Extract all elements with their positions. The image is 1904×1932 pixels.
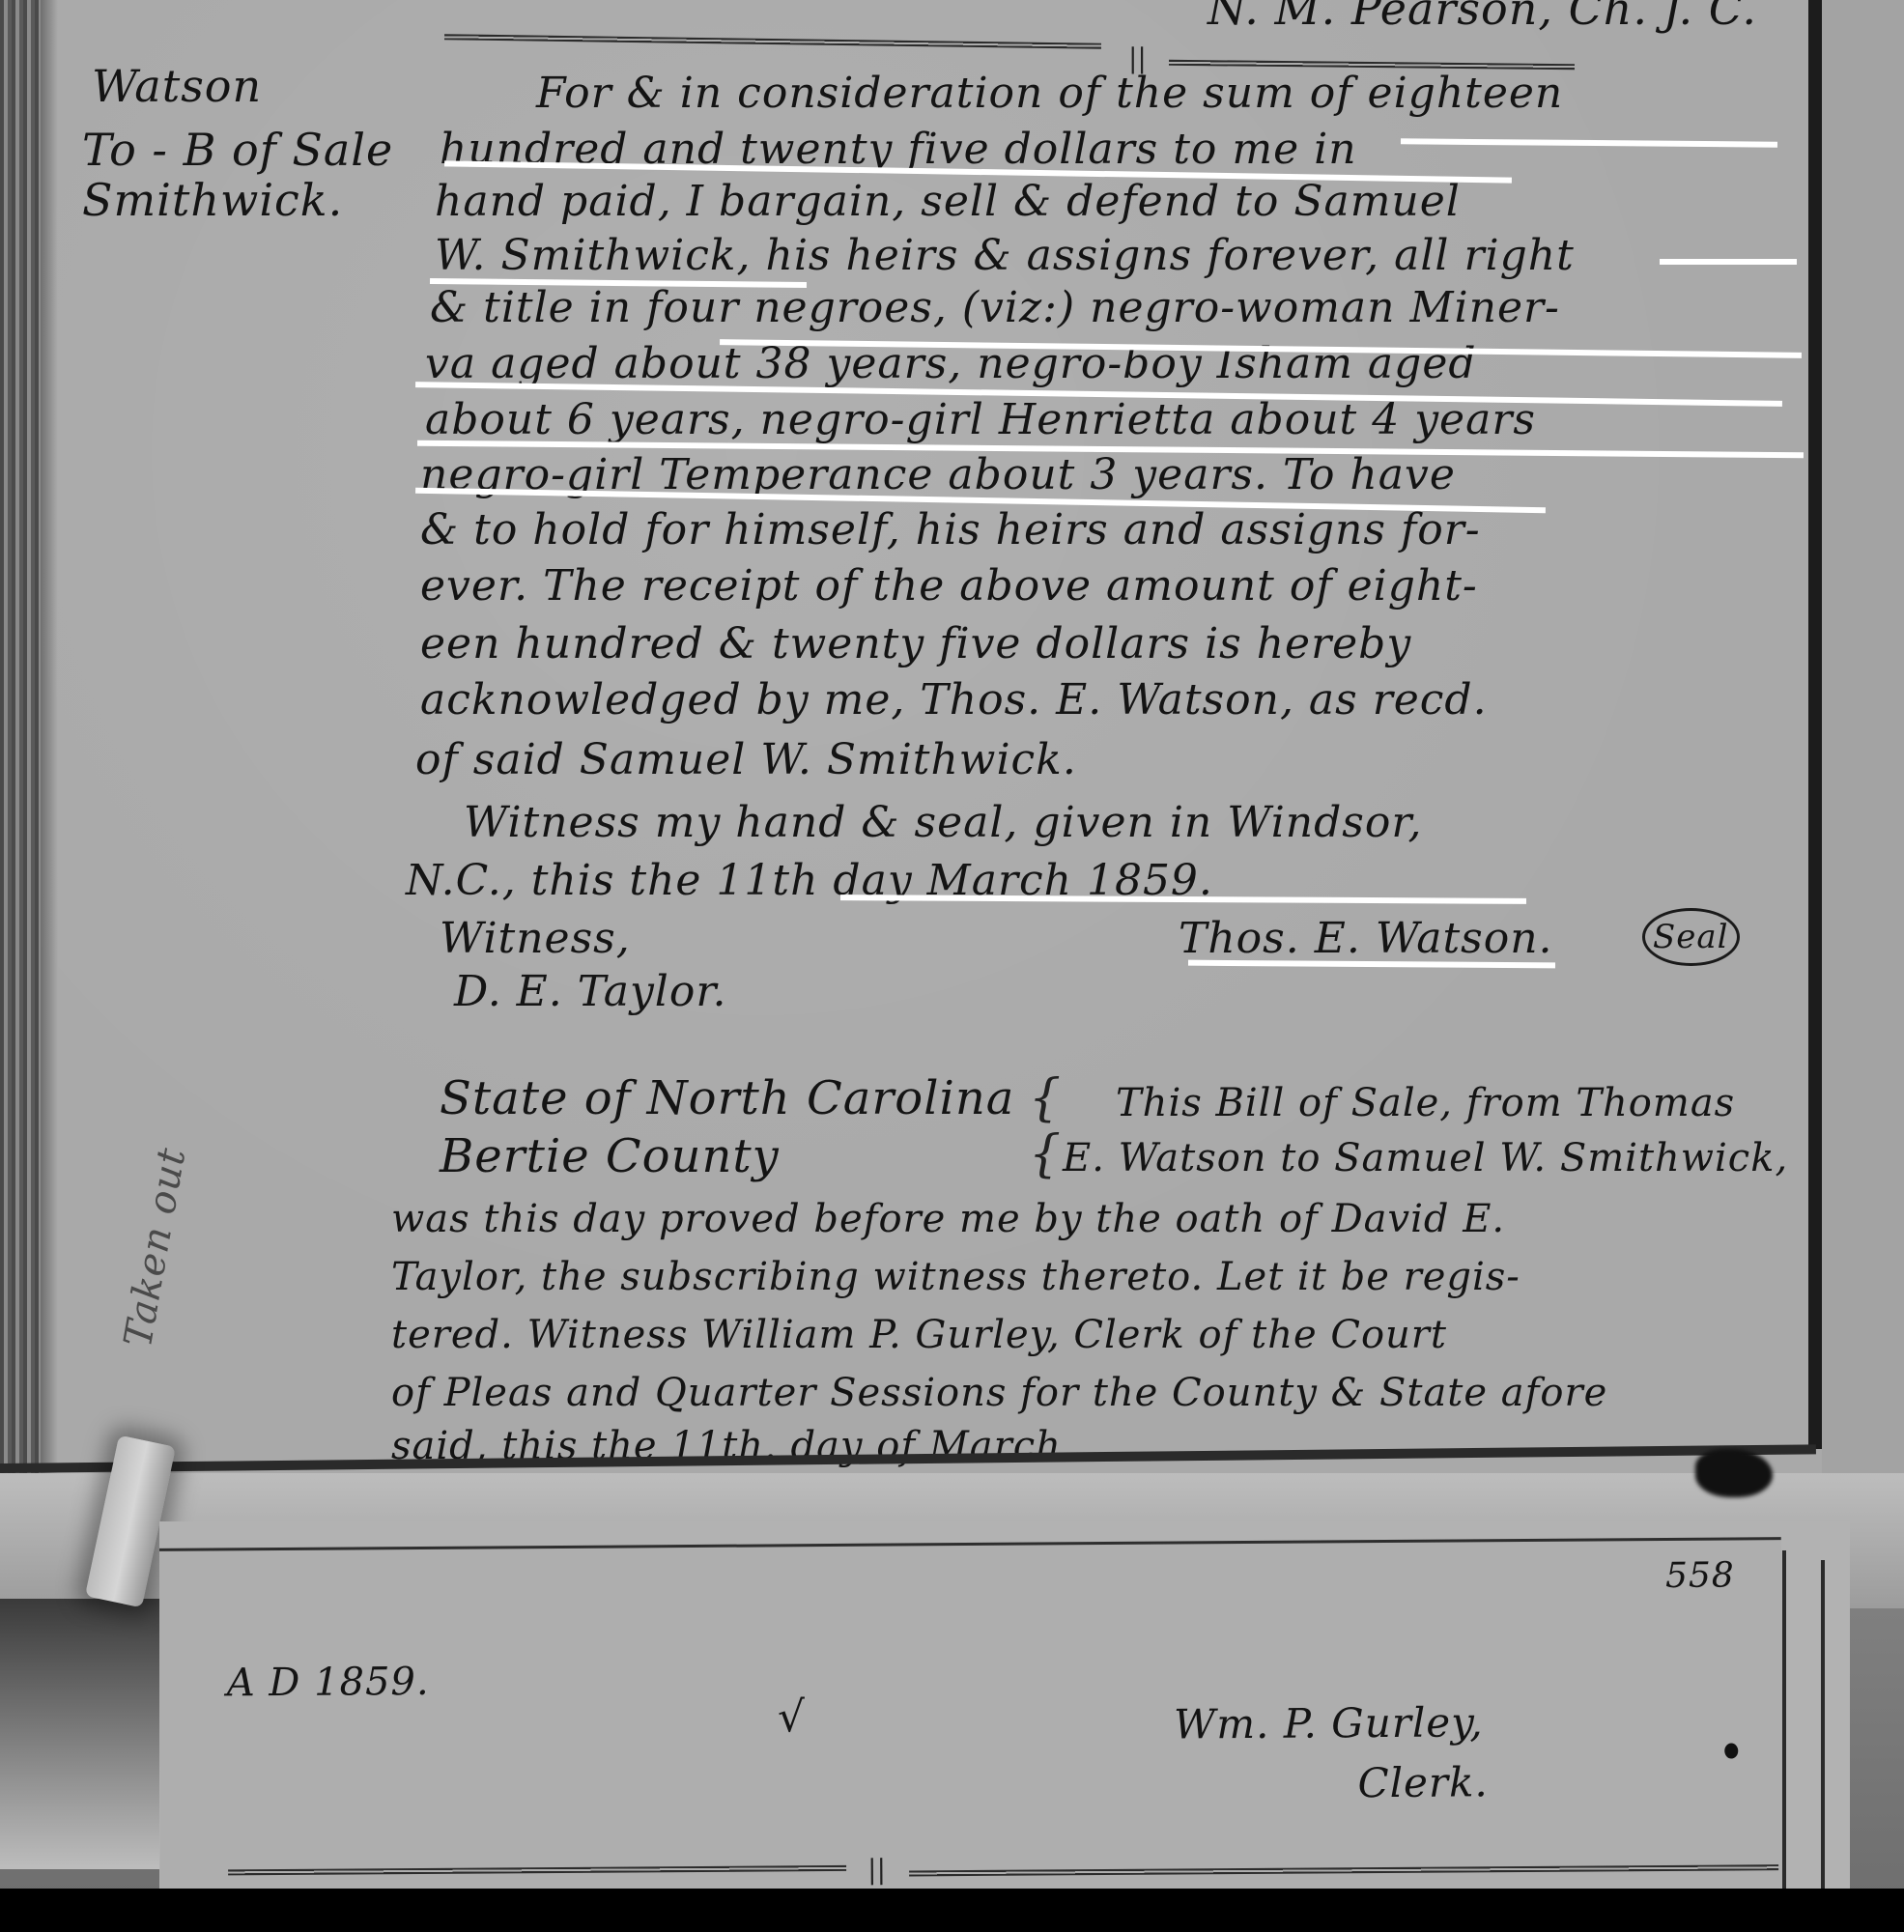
body-line: & title in four negroes, (viz:) negro-wo…: [430, 282, 1560, 334]
caption-brace: {: [1029, 1128, 1062, 1180]
shadow-strip: [0, 1599, 164, 1869]
body-line: hand paid, I bargain, sell & defend to S…: [435, 176, 1461, 228]
witness-name: D. E. Taylor.: [454, 966, 727, 1018]
seal-mark: Seal: [1642, 908, 1740, 966]
body-line: of said Samuel W. Smithwick.: [415, 734, 1077, 786]
lower-page-edge: [1782, 1550, 1786, 1889]
check-mark: √: [778, 1691, 806, 1744]
body-line: about 6 years, negro-girl Henrietta abou…: [425, 394, 1536, 446]
underline-buyer-first: [1660, 259, 1797, 265]
probate-state: State of North Carolina: [440, 1072, 1014, 1124]
lower-page-scan: 558 A D 1859. √ Wm. P. Gurley, Clerk. ||: [159, 1521, 1850, 1889]
header-signature: N. M. Pearson, Ch. J. C.: [1208, 0, 1757, 35]
record-year: A D 1859.: [227, 1656, 430, 1709]
clerk-signature: Wm. P. Gurley,: [1174, 1696, 1484, 1750]
vertical-pencil-note: Taken out: [116, 1144, 195, 1350]
page-right-edge: [1808, 0, 1822, 1449]
lower-page-edge: [1821, 1560, 1825, 1889]
margin-note-type: To - B of Sale: [82, 124, 393, 176]
body-line: acknowledged by me, Thos. E. Watson, as …: [420, 674, 1488, 726]
underline-sum: [1401, 138, 1777, 147]
ink-blot: [1695, 1449, 1773, 1497]
scan-border: [0, 1889, 1904, 1932]
body-line: For & in consideration of the sum of eig…: [536, 68, 1563, 120]
probate-line: tered. Witness William P. Gurley, Clerk …: [391, 1309, 1447, 1361]
body-line: ever. The receipt of the above amount of…: [420, 560, 1478, 612]
probate-caption-right: This Bill of Sale, from Thomas: [1116, 1077, 1735, 1129]
ink-dot: [1724, 1743, 1738, 1758]
body-line: W. Smithwick, his heirs & assigns foreve…: [435, 230, 1575, 282]
seller-signature: Thos. E. Watson.: [1179, 913, 1553, 965]
lower-page-paper: 558 A D 1859. √ Wm. P. Gurley, Clerk. ||: [159, 1537, 1783, 1889]
probate-line: Taylor, the subscribing witness thereto.…: [391, 1251, 1520, 1303]
caption-brace: {: [1029, 1072, 1062, 1124]
page-number: 558: [1665, 1549, 1735, 1602]
probate-caption-right: E. Watson to Samuel W. Smithwick,: [1063, 1132, 1788, 1184]
lower-separator-left: [228, 1865, 846, 1875]
lower-separator-right: [909, 1864, 1778, 1876]
underline-seller: [1188, 960, 1555, 969]
margin-note-buyer: Smithwick.: [82, 174, 343, 226]
upper-page-scan: N. M. Pearson, Ch. J. C. || Watson To - …: [0, 0, 1904, 1507]
book-binding: [0, 0, 41, 1507]
body-line: een hundred & twenty five dollars is her…: [420, 618, 1411, 670]
probate-county: Bertie County: [440, 1130, 780, 1182]
body-line: & to hold for himself, his heirs and ass…: [420, 504, 1481, 556]
separator-rule-left: [444, 34, 1101, 48]
lower-separator-mark: ||: [867, 1854, 886, 1886]
probate-line: was this day proved before me by the oat…: [391, 1193, 1505, 1245]
probate-line: of Pleas and Quarter Sessions for the Co…: [391, 1367, 1607, 1419]
margin-note-seller: Watson: [92, 60, 262, 112]
clerk-title: Clerk.: [1357, 1756, 1489, 1809]
next-page-margin: [1822, 0, 1904, 1507]
witness-label: Witness,: [440, 913, 631, 965]
witness-clause-line: Witness my hand & seal, given in Windsor…: [464, 797, 1423, 849]
binding-shadow: [41, 0, 58, 1507]
